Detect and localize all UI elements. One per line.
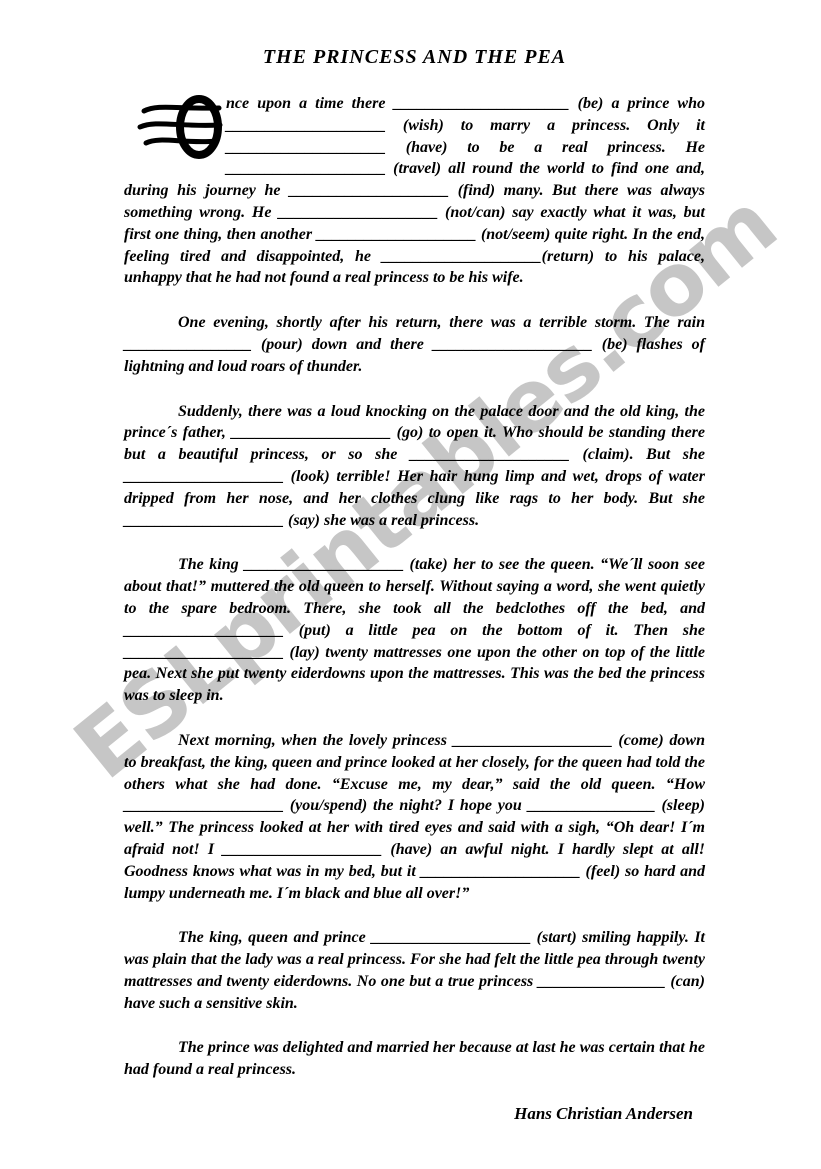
worksheet-page: ESLprintables.com THE PRINCESS AND THE P… [0, 0, 821, 1169]
paragraph-5: Next morning, when the lovely princess _… [124, 730, 705, 904]
story-body: nce upon a time there __________________… [124, 93, 705, 1124]
worksheet-title: THE PRINCESS AND THE PEA [124, 46, 705, 69]
paragraph-4: The king ____________________ (take) her… [124, 554, 705, 707]
paragraph-3-text: Suddenly, there was a loud knocking on t… [124, 403, 705, 529]
paragraph-6-text: The king, queen and prince _____________… [124, 929, 705, 1011]
paragraph-2-text: One evening, shortly after his return, t… [124, 314, 705, 375]
paragraph-1: nce upon a time there __________________… [124, 93, 705, 289]
paragraph-5-text: Next morning, when the lovely princess _… [124, 732, 705, 902]
paragraph-2: One evening, shortly after his return, t… [124, 312, 705, 377]
worksheet-content: THE PRINCESS AND THE PEA nce upon a time… [0, 0, 821, 1124]
paragraph-6: The king, queen and prince _____________… [124, 927, 705, 1014]
paragraph-3: Suddenly, there was a loud knocking on t… [124, 401, 705, 532]
paragraph-7-text: The prince was delighted and married her… [124, 1039, 705, 1078]
author-signature: Hans Christian Andersen [124, 1104, 693, 1124]
drop-cap-o-ornament [124, 94, 224, 160]
paragraph-7: The prince was delighted and married her… [124, 1037, 705, 1081]
paragraph-4-text: The king ____________________ (take) her… [124, 556, 705, 704]
